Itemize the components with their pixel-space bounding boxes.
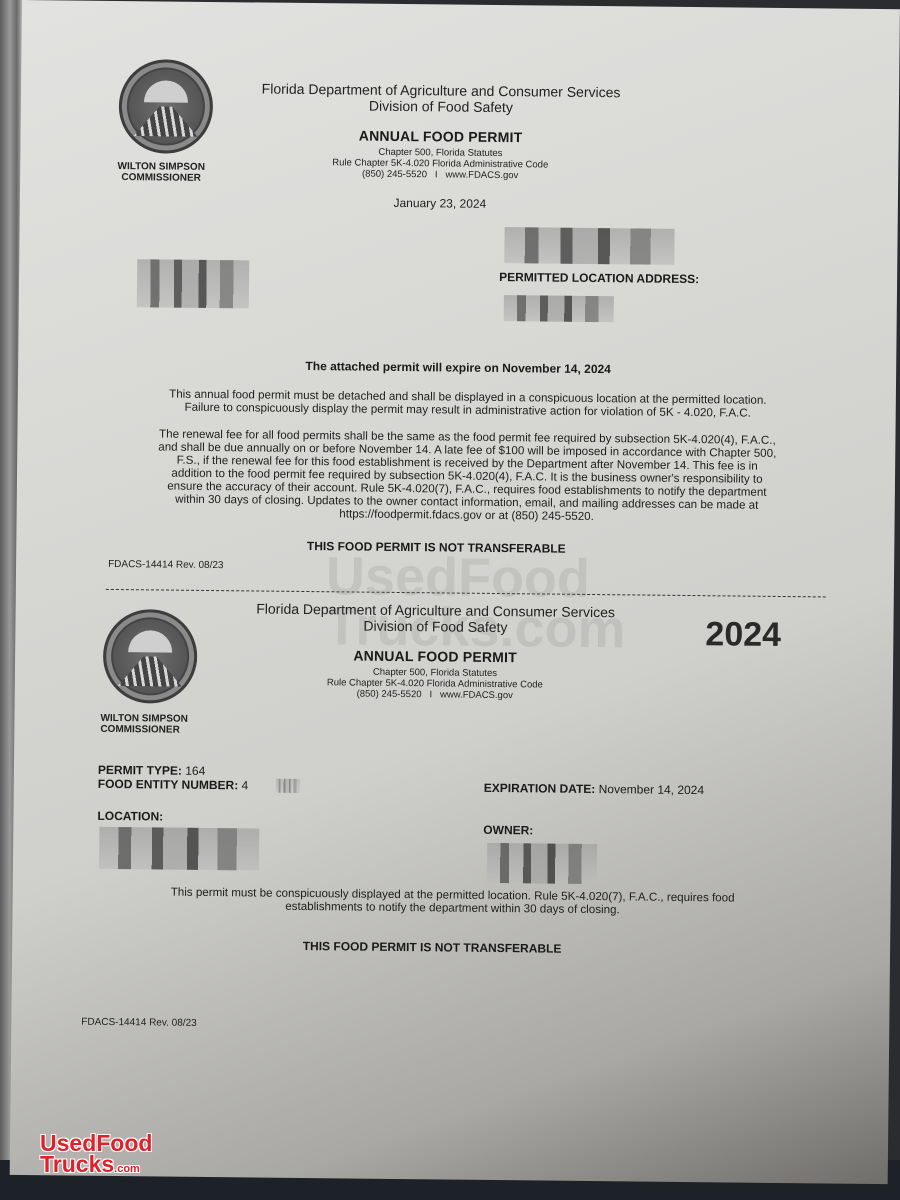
permit-type-label: PERMIT TYPE: [98, 763, 182, 778]
permitted-location-label: PERMITTED LOCATION ADDRESS: [499, 270, 699, 286]
expiration-notice: The attached permit will expire on Novem… [118, 357, 798, 378]
permit-title: ANNUAL FOOD PERMIT [225, 646, 645, 666]
form-code: FDACS-14414 Rev. 08/23 [81, 1017, 197, 1029]
redacted-business-name [504, 227, 674, 265]
expiration-label: EXPIRATION DATE: [484, 781, 596, 796]
not-transferable-notice: THIS FOOD PERMIT IS NOT TRANSFERABLE [112, 937, 752, 958]
permit-title: ANNUAL FOOD PERMIT [221, 126, 661, 147]
permit-type-row: PERMIT TYPE: 164 [98, 763, 249, 779]
usedfoodtrucks-logo: UsedFood Trucks.com [40, 1133, 152, 1180]
commissioner-title: COMMISSIONER [100, 724, 210, 736]
permit-year: 2024 [705, 615, 781, 655]
letter-header: Florida Department of Agriculture and Co… [220, 80, 661, 213]
redacted-location [99, 827, 259, 871]
redacted-entity-number [276, 779, 300, 793]
food-entity-value: 4 [242, 778, 249, 792]
redacted-mailing-address [137, 259, 249, 308]
permit-details: PERMIT TYPE: 164 FOOD ENTITY NUMBER: 4 [98, 763, 249, 793]
redacted-owner [487, 843, 597, 884]
fdacs-seal-icon [118, 59, 213, 154]
expiration-value: November 14, 2024 [599, 782, 705, 797]
food-entity-row: FOOD ENTITY NUMBER: 4 [98, 777, 249, 793]
commissioner-title: COMMISSIONER [106, 172, 216, 184]
renewal-notice: The renewal fee for all food permits sha… [107, 427, 828, 526]
redacted-location-address [504, 295, 614, 322]
commissioner-block: WILTON SIMPSON COMMISSIONER [106, 161, 216, 184]
permit-document: WILTON SIMPSON COMMISSIONER Florida Depa… [10, 0, 900, 1184]
location-label: LOCATION: [97, 809, 163, 824]
letter-date: January 23, 2024 [220, 194, 660, 213]
permit-display-notice: This permit must be conspicuously displa… [112, 885, 792, 918]
permit-header: Florida Department of Agriculture and Co… [225, 600, 646, 702]
owner-label: OWNER: [483, 823, 533, 838]
commissioner-block: WILTON SIMPSON COMMISSIONER [90, 713, 210, 736]
food-entity-label: FOOD ENTITY NUMBER: [98, 777, 239, 792]
permit-type-value: 164 [185, 764, 205, 778]
display-notice: This annual food permit must be detached… [108, 387, 828, 421]
form-code: FDACS-14414 Rev. 08/23 [108, 559, 224, 571]
fdacs-seal-icon [103, 609, 198, 704]
expiration-row: EXPIRATION DATE: November 14, 2024 [484, 781, 704, 797]
